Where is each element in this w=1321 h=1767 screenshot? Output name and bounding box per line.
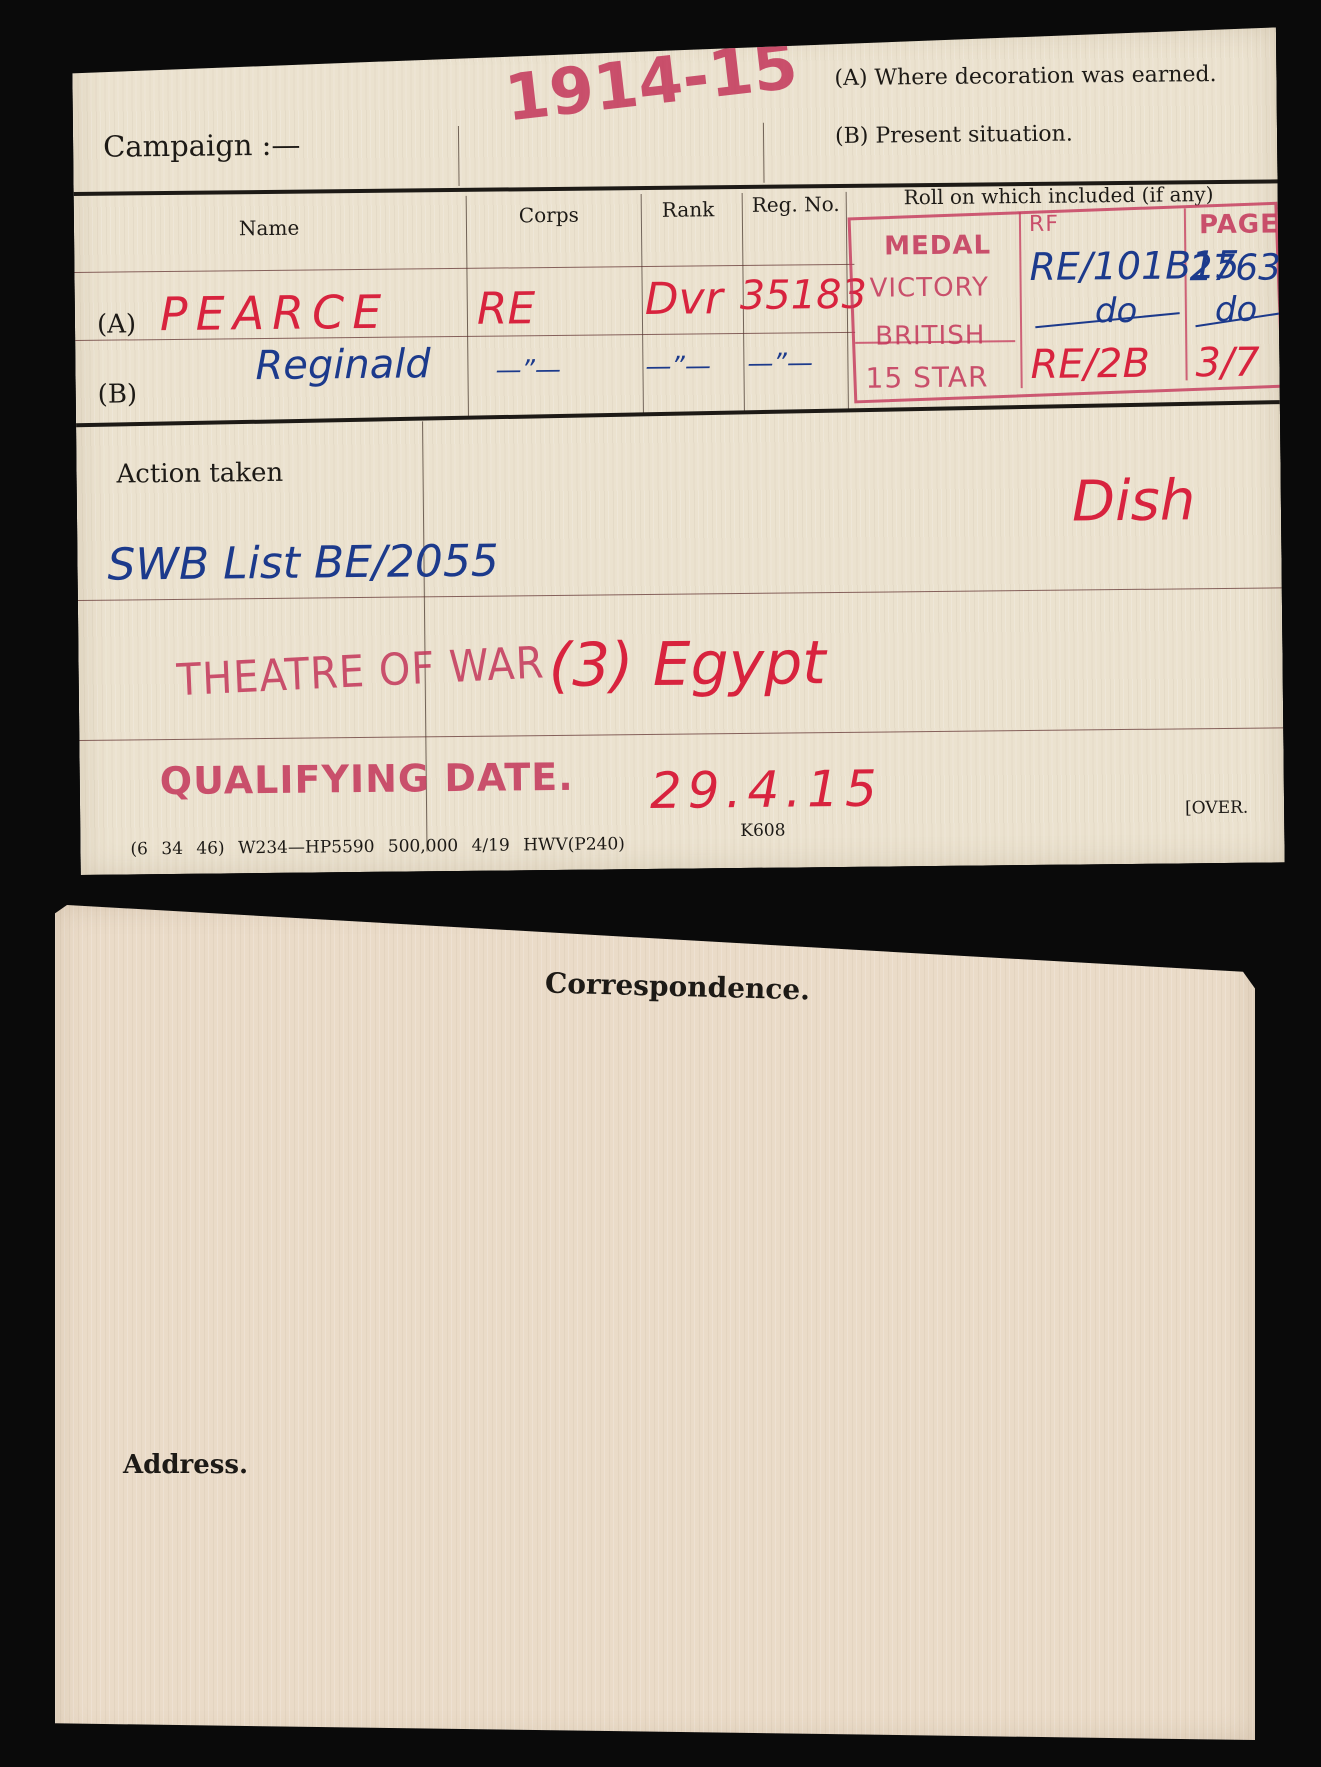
campaign-label: Campaign :—	[103, 128, 301, 164]
surname: PEARCE	[160, 285, 390, 341]
row-b-label: (B)	[98, 379, 138, 409]
campaign-stamp: 1914-15	[501, 29, 801, 136]
theatre-value: (3) Egypt	[548, 628, 826, 701]
row-rule	[74, 264, 854, 273]
corps-value: RE	[477, 283, 536, 335]
divider	[763, 123, 765, 183]
column-header-name: Name	[239, 216, 299, 241]
header-present-situation: (B) Present situation.	[835, 122, 1073, 149]
corps-ditto: —”—	[495, 355, 561, 386]
medal-header: MEDAL	[884, 230, 991, 261]
header-where-earned: (A) Where decoration was earned.	[834, 62, 1216, 91]
column-header-rank: Rank	[662, 197, 715, 222]
roll-column-header: RF	[1029, 212, 1059, 237]
remark-dish: Dish	[1072, 468, 1196, 534]
rule	[78, 587, 1282, 601]
divider	[641, 194, 644, 414]
page-column-header: PAGE	[1199, 209, 1279, 240]
rank-ditto: —”—	[645, 351, 711, 382]
divider	[458, 126, 460, 186]
rank-value: Dvr	[644, 273, 723, 325]
qualifying-date-stamp: QUALIFYING DATE.	[160, 755, 574, 803]
reg-no-ditto: —”—	[747, 348, 813, 379]
footer-k-code: K608	[740, 821, 785, 841]
column-header-reg-no: Reg. No.	[752, 192, 840, 217]
forename: Reginald	[255, 341, 431, 389]
address-label: Address.	[123, 1450, 248, 1480]
rule	[79, 727, 1283, 741]
medal-british: BRITISH	[875, 320, 985, 351]
medal-15-star: 15 STAR	[865, 360, 988, 394]
british-page: do	[1215, 290, 1258, 330]
qualifying-date-value: 29.4.15	[650, 760, 883, 820]
table-bottom-rule	[76, 400, 1280, 427]
action-note: SWB List BE/2055	[107, 536, 499, 591]
star-roll: RE/2B	[1030, 341, 1150, 388]
divider	[466, 196, 469, 416]
medal-index-card-front: Campaign :— 1914-15 (A) Where decoration…	[72, 27, 1285, 875]
medal-victory: VICTORY	[869, 272, 989, 303]
star-page: 3/7	[1195, 340, 1260, 387]
over-label: [OVER.	[1185, 798, 1248, 819]
medal-index-card-back: Correspondence. Address.	[55, 905, 1255, 1740]
theatre-of-war-stamp: THEATRE OF WAR	[176, 638, 546, 707]
correspondence-heading: Correspondence.	[545, 967, 811, 1007]
victory-page: 2763	[1189, 247, 1281, 289]
column-header-corps: Corps	[519, 203, 579, 228]
footer-print-code: (6 34 46) W234—HP5590 500,000 4/19 HWV(P…	[130, 834, 625, 859]
british-roll: do	[1095, 291, 1138, 331]
action-taken-label: Action taken	[116, 458, 283, 490]
row-a-label: (A)	[97, 309, 136, 339]
reg-no-value: 35183	[739, 272, 867, 319]
